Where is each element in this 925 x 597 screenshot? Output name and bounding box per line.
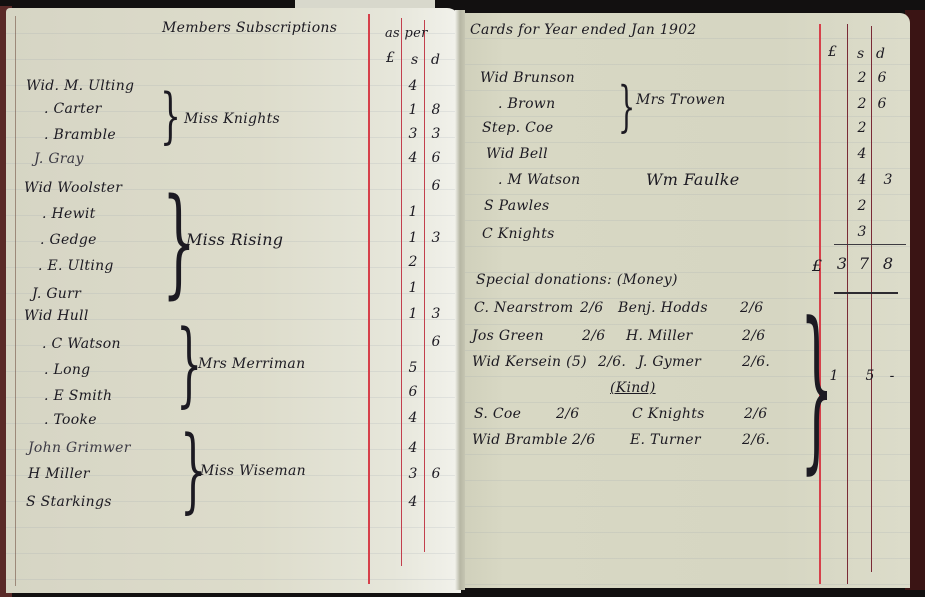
- donation-amount: 2/6.: [598, 354, 626, 370]
- donor-name: E. Turner: [630, 432, 701, 448]
- member-name: . Tooke: [44, 412, 97, 428]
- donor-name: H. Miller: [626, 328, 693, 344]
- donations-brace: }: [800, 300, 834, 476]
- donor-name: Wid Bramble: [472, 432, 568, 448]
- donor-name: Wid Kersein (5): [472, 354, 587, 370]
- amount-pence: 6: [428, 178, 444, 194]
- amount-shillings: 2: [854, 96, 870, 112]
- right-column-rule-3: [871, 26, 872, 572]
- donation-amount: 2/6: [740, 300, 763, 316]
- left-margin-line: [15, 16, 16, 586]
- right-page-title: Cards for Year ended Jan 1902: [470, 22, 697, 38]
- amount-shillings: 5: [405, 360, 421, 376]
- amount-pence: 6: [428, 334, 444, 350]
- total-rule-top: [834, 244, 906, 245]
- member-name: Wid Hull: [24, 308, 89, 324]
- donation-amount: 2/6: [582, 328, 605, 344]
- donation-amount: 2/6: [556, 406, 579, 422]
- donor-name: S. Coe: [474, 406, 521, 422]
- member-name: . Carter: [44, 101, 102, 117]
- amount-pence: 3: [880, 172, 896, 188]
- group-brace: }: [160, 86, 181, 146]
- amount-shillings: 1: [405, 102, 421, 118]
- member-name: . Gedge: [40, 232, 97, 248]
- member-name: H Miller: [28, 466, 90, 482]
- member-name: . Bramble: [44, 127, 116, 143]
- member-name: S Starkings: [26, 494, 112, 510]
- amount-shillings: 4: [405, 494, 421, 510]
- member-name: J. Gray: [34, 151, 84, 167]
- column-header-pence: d: [431, 52, 440, 68]
- amount-shillings: 3: [854, 224, 870, 240]
- collector-name: Wm Faulke: [646, 170, 740, 189]
- amount-pence: 6: [428, 466, 444, 482]
- amount-shillings: 3: [405, 466, 421, 482]
- donation-amount: 2/6: [742, 328, 765, 344]
- member-name: . C Watson: [42, 336, 121, 352]
- amount-pence: 3: [428, 306, 444, 322]
- column-header-pence: d: [876, 46, 885, 62]
- right-column-rule-2: [847, 24, 848, 584]
- donor-name: J. Gymer: [638, 354, 701, 370]
- amount-shillings: 1: [405, 230, 421, 246]
- donation-amount: 2/6.: [742, 354, 770, 370]
- member-name: Step. Coe: [482, 120, 554, 136]
- amount-pence: 3: [428, 230, 444, 246]
- book-gutter: [455, 10, 465, 590]
- amount-shillings: 6: [405, 384, 421, 400]
- donor-name: Benj. Hodds: [618, 300, 708, 316]
- donor-name: Jos Green: [472, 328, 544, 344]
- donor-name: C. Nearstrom: [474, 300, 574, 316]
- collector-name: Miss Wiseman: [200, 463, 306, 479]
- left-column-rule-3: [424, 20, 425, 552]
- member-name: S Pawles: [484, 198, 550, 214]
- collector-name: Mrs Trowen: [636, 92, 725, 108]
- photo-background: Members Subscriptions as per £ s d Wid. …: [0, 0, 925, 597]
- amount-shillings: 2: [854, 120, 870, 136]
- amount-shillings: 2: [405, 254, 421, 270]
- amount-shillings: 1: [405, 204, 421, 220]
- member-name: Wid. M. Ulting: [26, 78, 134, 94]
- column-header-as-per: as per: [385, 26, 428, 41]
- amount-shillings: 4: [405, 410, 421, 426]
- member-name: . E. Ulting: [38, 258, 114, 274]
- group-brace: }: [618, 80, 635, 134]
- member-name: . E Smith: [44, 388, 112, 404]
- amount-pence: 6: [428, 150, 444, 166]
- amount-pence: 6: [874, 96, 890, 112]
- donation-amount: 2/6: [580, 300, 603, 316]
- member-name: . Long: [44, 362, 90, 378]
- amount-shillings: 4: [854, 172, 870, 188]
- member-name: . M Watson: [498, 172, 580, 188]
- amount-shillings: 1: [405, 280, 421, 296]
- donations-subtotal-pounds: 1: [826, 368, 842, 384]
- total-shillings: 7: [856, 254, 872, 273]
- total-rule-bottom: [834, 292, 898, 294]
- member-name: Wid Bell: [486, 146, 548, 162]
- amount-pence: 3: [428, 126, 444, 142]
- column-header-shillings: s: [857, 46, 865, 62]
- member-name: Wid Woolster: [24, 180, 122, 196]
- member-name: John Grimwer: [28, 440, 131, 456]
- total-pound-sign: £: [812, 256, 822, 275]
- total-pounds: 3: [834, 254, 850, 273]
- amount-shillings: 4: [405, 440, 421, 456]
- kind-heading: (Kind): [610, 380, 656, 396]
- amount-shillings: 2: [854, 198, 870, 214]
- donation-amount: 2/6: [572, 432, 595, 448]
- donor-name: C Knights: [632, 406, 705, 422]
- column-header-pounds: £: [386, 50, 395, 66]
- member-name: . Hewit: [42, 206, 96, 222]
- amount-shillings: 1: [405, 306, 421, 322]
- donations-subtotal-pence: -: [884, 368, 900, 384]
- amount-shillings: 4: [854, 146, 870, 162]
- donations-subtotal-shillings: 5: [862, 368, 878, 384]
- amount-shillings: 4: [405, 78, 421, 94]
- left-page-title: Members Subscriptions: [162, 20, 337, 36]
- left-column-rule-2: [401, 18, 402, 566]
- column-header-pounds: £: [828, 44, 837, 60]
- member-name: C Knights: [482, 226, 555, 242]
- special-donations-heading: Special donations: (Money): [476, 272, 678, 288]
- amount-pence: 6: [874, 70, 890, 86]
- column-header-shillings: s: [411, 52, 419, 68]
- collector-name: Mrs Merriman: [198, 356, 305, 372]
- amount-shillings: 3: [405, 126, 421, 142]
- donation-amount: 2/6.: [742, 432, 770, 448]
- collector-name: Miss Knights: [184, 111, 280, 127]
- amount-pence: 8: [428, 102, 444, 118]
- member-name: J. Gurr: [32, 286, 81, 302]
- amount-shillings: 4: [405, 150, 421, 166]
- member-name: . Brown: [498, 96, 555, 112]
- amount-shillings: 2: [854, 70, 870, 86]
- donation-amount: 2/6: [744, 406, 767, 422]
- member-name: Wid Brunson: [480, 70, 575, 86]
- left-column-rule-1: [368, 14, 370, 584]
- collector-name: Miss Rising: [186, 230, 283, 249]
- total-pence: 8: [880, 254, 896, 273]
